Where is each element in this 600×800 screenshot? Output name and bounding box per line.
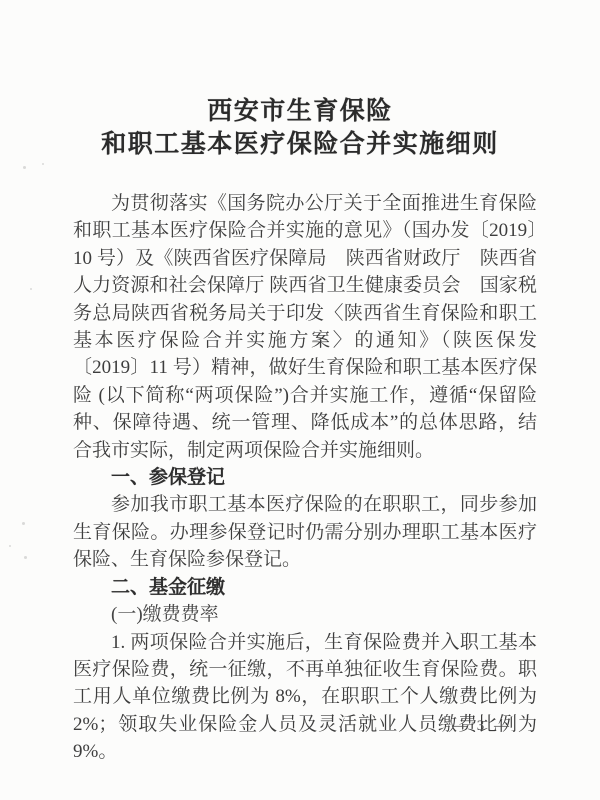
paragraph-intro: 为贯彻落实《国务院办公厅关于全面推进生育保险和职工基本医疗保险合并实施的意见》（…: [73, 190, 537, 464]
title-line-2: 和职工基本医疗保险合并实施细则: [0, 128, 600, 161]
paragraph-rates: 1. 两项保险合并实施后，生育保险费并入职工基本医疗保险费，统一征缴，不再单独征…: [73, 629, 537, 766]
section-heading-2: 二、基金征缴: [73, 574, 537, 601]
scan-speck: [30, 288, 32, 290]
scan-speck: [9, 545, 11, 547]
document-title: 西安市生育保险 和职工基本医疗保险合并实施细则: [0, 0, 600, 161]
scan-speck: [23, 166, 26, 169]
scan-speck: [24, 556, 27, 559]
paragraph-enrollment: 参加我市职工基本医疗保险的在职职工，同步参加生育保险。办理参保登记时仍需分别办理…: [73, 491, 537, 573]
scanned-document-page: 西安市生育保险 和职工基本医疗保险合并实施细则 为贯彻落实《国务院办公厅关于全面…: [0, 0, 600, 800]
section-heading-1: 一、参保登记: [73, 464, 537, 491]
document-body: 为贯彻落实《国务院办公厅关于全面推进生育保险和职工基本医疗保险合并实施的意见》（…: [73, 190, 537, 766]
subsection-heading-rates: (一)缴费费率: [73, 601, 537, 628]
scan-speck: [42, 163, 44, 165]
scan-speck: [22, 522, 25, 525]
page-number: — 3 —: [452, 718, 512, 735]
title-line-1: 西安市生育保险: [0, 95, 600, 128]
